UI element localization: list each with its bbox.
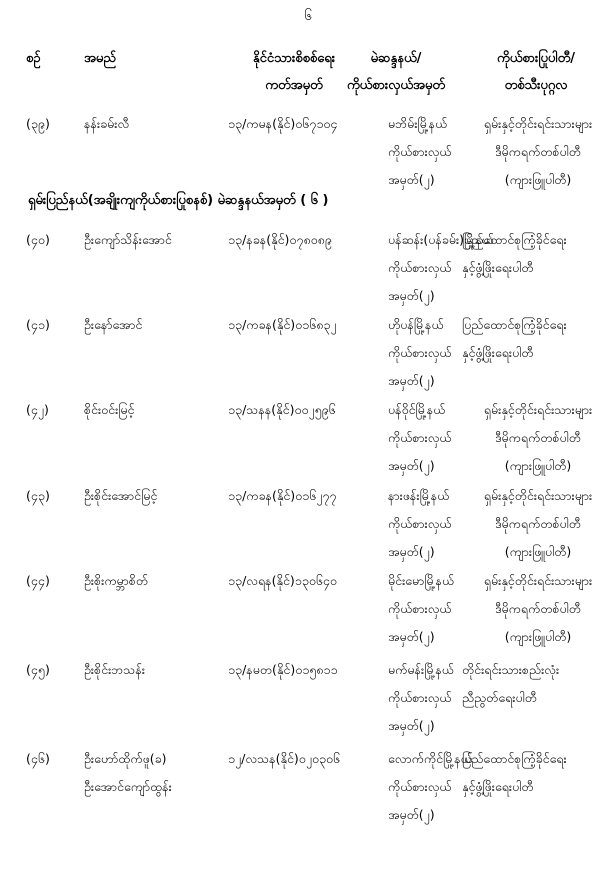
party-line: ဒီမိုကရက်တစ်ပါတီ: [462, 595, 614, 623]
nrc-number: ၁၃/နခန(နိုင်)ဝ၇၈ဝ၈၉: [228, 226, 386, 254]
row-number-text: (၄၆): [26, 745, 78, 773]
candidate-name-text: နန်းခမ်းလီ: [84, 110, 224, 138]
row-number-text: (၄၁): [26, 311, 78, 339]
candidate-name: ဦးနော်အောင်: [84, 311, 224, 339]
party-line: ဒီမိုကရက်တစ်ပါတီ: [462, 424, 614, 452]
row-number: (၄၄): [26, 567, 78, 595]
candidate-name-text: ဦးအောင်ကျော်ထွန်း: [84, 773, 224, 801]
candidate-name: ဦးကျော်သိန်းအောင်: [84, 226, 224, 254]
party-line: နှင့်ဖွံ့ဖြိုးရေးပါတီ: [462, 339, 614, 367]
party-line: ရှမ်းနှင့်တိုင်းရင်းသားများ: [462, 567, 614, 595]
document-page: ၆ စဉ် အမည် နိုင်ငံသားစိစစ်ရေး ကတ်အမှတ် မ…: [0, 0, 616, 879]
header-constituency-line2: ကိုယ်စားလှယ်အမှတ်: [328, 72, 464, 99]
party-line: ရှမ်းနှင့်တိုင်းရင်းသားများ: [462, 396, 614, 424]
constituency-line: အမှတ်(၂): [388, 712, 504, 740]
candidate-name-text: ဦးစိုးကမ္ဘာစိတ်: [84, 567, 224, 595]
nrc-number: ၁၃/ကခန(နိုင်)ဝ၁၆၂၇၇: [228, 482, 386, 510]
party-line: နှင့်ဖွံ့ဖြိုးရေးပါတီ: [462, 254, 614, 282]
nrc-number-text: ၁၃/ကမန(နိုင်)ဝ၆၇၁ဝ၄: [228, 110, 386, 138]
constituency-line: အမှတ်(၂): [388, 367, 504, 395]
nrc-number-text: ၁၃/လရန(နိုင်)၁၃ဝ၆၄ဝ: [228, 567, 386, 595]
row-number-text: (၄၂): [26, 396, 78, 424]
header-no: စဉ်: [26, 45, 41, 72]
row-number: (၄၀): [26, 226, 78, 254]
party-line: ပြည်ထောင်စုကြံ့ခိုင်ရေး: [462, 311, 614, 339]
party: ရှမ်းနှင့်တိုင်းရင်းသားများ ဒီမိုကရက်တစ်…: [462, 567, 614, 651]
party: ရှမ်းနှင့်တိုင်းရင်းသားများ ဒီမိုကရက်တစ်…: [462, 396, 614, 480]
party: ရှမ်းနှင့်တိုင်းရင်းသားများ ဒီမိုကရက်တစ်…: [462, 110, 614, 194]
nrc-number: ၁၃/ကခန(နိုင်)ဝ၁၆၈၃၂: [228, 311, 386, 339]
row-number: (၃၉): [26, 110, 78, 138]
section-header: ရှမ်းပြည်နယ်(အချိုးကျကိုယ်စားပြုစနစ်) မဲ…: [28, 192, 328, 211]
row-number-text: (၄၄): [26, 567, 78, 595]
header-constituency-line1: မဲဆန္ဒနယ်/: [328, 45, 464, 72]
row-number-text: (၃၉): [26, 110, 78, 138]
party: ပြည်ထောင်စုကြံ့ခိုင်ရေး နှင့်ဖွံ့ဖြိုးရေ…: [462, 226, 614, 282]
row-number: (၄၆): [26, 745, 78, 773]
party: ပြည်ထောင်စုကြံ့ခိုင်ရေး နှင့်ဖွံ့ဖြိုးရေ…: [462, 311, 614, 367]
nrc-number-text: ၁၃/နမတ(နိုင်)ဝ၁၅၈၁၁: [228, 656, 386, 684]
nrc-number-text: ၁၂/လသန(နိုင်)ဝ၂ဝ၃ဝ၆: [228, 745, 386, 773]
header-constituency: မဲဆန္ဒနယ်/ ကိုယ်စားလှယ်အမှတ်: [328, 45, 464, 99]
party-line: (ကျားဖြူပါတီ): [462, 538, 614, 566]
candidate-name: နန်းခမ်းလီ: [84, 110, 224, 138]
row-number-text: (၄၀): [26, 226, 78, 254]
row-number-text: (၄၃): [26, 482, 78, 510]
nrc-number: ၁၃/သနန(နိုင်)ဝဝ၂၅၉၆: [228, 396, 386, 424]
candidate-name: စိုင်းဝင်းမြင့်: [84, 396, 224, 424]
candidate-name-text: ဦးစိုင်းဘသန်း: [84, 656, 224, 684]
candidate-name: ဦးဟော်ထိုက်ဖူ(ခ) ဦးအောင်ကျော်ထွန်း: [84, 745, 224, 801]
party: တိုင်းရင်းသားစည်းလုံး ညီညွတ်ရေးပါတီ: [462, 656, 614, 712]
nrc-number: ၁၃/နမတ(နိုင်)ဝ၁၅၈၁၁: [228, 656, 386, 684]
row-number: (၄၁): [26, 311, 78, 339]
party-line: ဒီမိုကရက်တစ်ပါတီ: [462, 138, 614, 166]
candidate-name-text: စိုင်းဝင်းမြင့်: [84, 396, 224, 424]
candidate-name-text: ဦးဟော်ထိုက်ဖူ(ခ): [84, 745, 224, 773]
party-line: (ကျားဖြူပါတီ): [462, 623, 614, 651]
party-line: ညီညွတ်ရေးပါတီ: [462, 684, 614, 712]
nrc-number-text: ၁၃/နခန(နိုင်)ဝ၇၈ဝ၈၉: [228, 226, 386, 254]
header-name: အမည်: [84, 45, 116, 72]
nrc-number: ၁၃/ကမန(နိုင်)ဝ၆၇၁ဝ၄: [228, 110, 386, 138]
party-line: ပြည်ထောင်စုကြံ့ခိုင်ရေး: [462, 226, 614, 254]
header-name-label: အမည်: [84, 45, 116, 72]
candidate-name: ဦးစိုးကမ္ဘာစိတ်: [84, 567, 224, 595]
party: ပြည်ထောင်စုကြံ့ခိုင်ရေး နှင့်ဖွံ့ဖြိုးရေ…: [462, 745, 614, 801]
constituency-line: အမှတ်(၂): [388, 282, 504, 310]
page-number: ၆: [0, 8, 616, 27]
party-line: ပြည်ထောင်စုကြံ့ခိုင်ရေး: [462, 745, 614, 773]
nrc-number-text: ၁၃/ကခန(နိုင်)ဝ၁၆၂၇၇: [228, 482, 386, 510]
party-line: ရှမ်းနှင့်တိုင်းရင်းသားများ: [462, 110, 614, 138]
row-number-text: (၄၅): [26, 656, 78, 684]
nrc-number: ၁၃/လရန(နိုင်)၁၃ဝ၆၄ဝ: [228, 567, 386, 595]
party-line: (ကျားဖြူပါတီ): [462, 166, 614, 194]
party-line: ရှမ်းနှင့်တိုင်းရင်းသားများ: [462, 482, 614, 510]
row-number: (၄၅): [26, 656, 78, 684]
row-number: (၄၃): [26, 482, 78, 510]
nrc-number: ၁၂/လသန(နိုင်)ဝ၂ဝ၃ဝ၆: [228, 745, 386, 773]
header-no-label: စဉ်: [26, 45, 41, 72]
nrc-number-text: ၁၃/ကခန(နိုင်)ဝ၁၆၈၃၂: [228, 311, 386, 339]
party-line: နှင့်ဖွံ့ဖြိုးရေးပါတီ: [462, 773, 614, 801]
nrc-number-text: ၁၃/သနန(နိုင်)ဝဝ၂၅၉၆: [228, 396, 386, 424]
candidate-name: ဦးစိုင်းအောင်မြင့်: [84, 482, 224, 510]
row-number: (၄၂): [26, 396, 78, 424]
party-line: တိုင်းရင်းသားစည်းလုံး: [462, 656, 614, 684]
party: ရှမ်းနှင့်တိုင်းရင်းသားများ ဒီမိုကရက်တစ်…: [462, 482, 614, 566]
candidate-name-text: ဦးနော်အောင်: [84, 311, 224, 339]
party-line: ဒီမိုကရက်တစ်ပါတီ: [462, 510, 614, 538]
header-party-line1: ကိုယ်စားပြုပါတီ/: [460, 45, 612, 72]
candidate-name-text: ဦးကျော်သိန်းအောင်: [84, 226, 224, 254]
header-party: ကိုယ်စားပြုပါတီ/ တစ်သီးပုဂ္ဂလ: [460, 45, 612, 99]
party-line: (ကျားဖြူပါတီ): [462, 452, 614, 480]
header-party-line2: တစ်သီးပုဂ္ဂလ: [460, 72, 612, 99]
constituency-line: အမှတ်(၂): [388, 801, 504, 829]
candidate-name: ဦးစိုင်းဘသန်း: [84, 656, 224, 684]
candidate-name-text: ဦးစိုင်းအောင်မြင့်: [84, 482, 224, 510]
